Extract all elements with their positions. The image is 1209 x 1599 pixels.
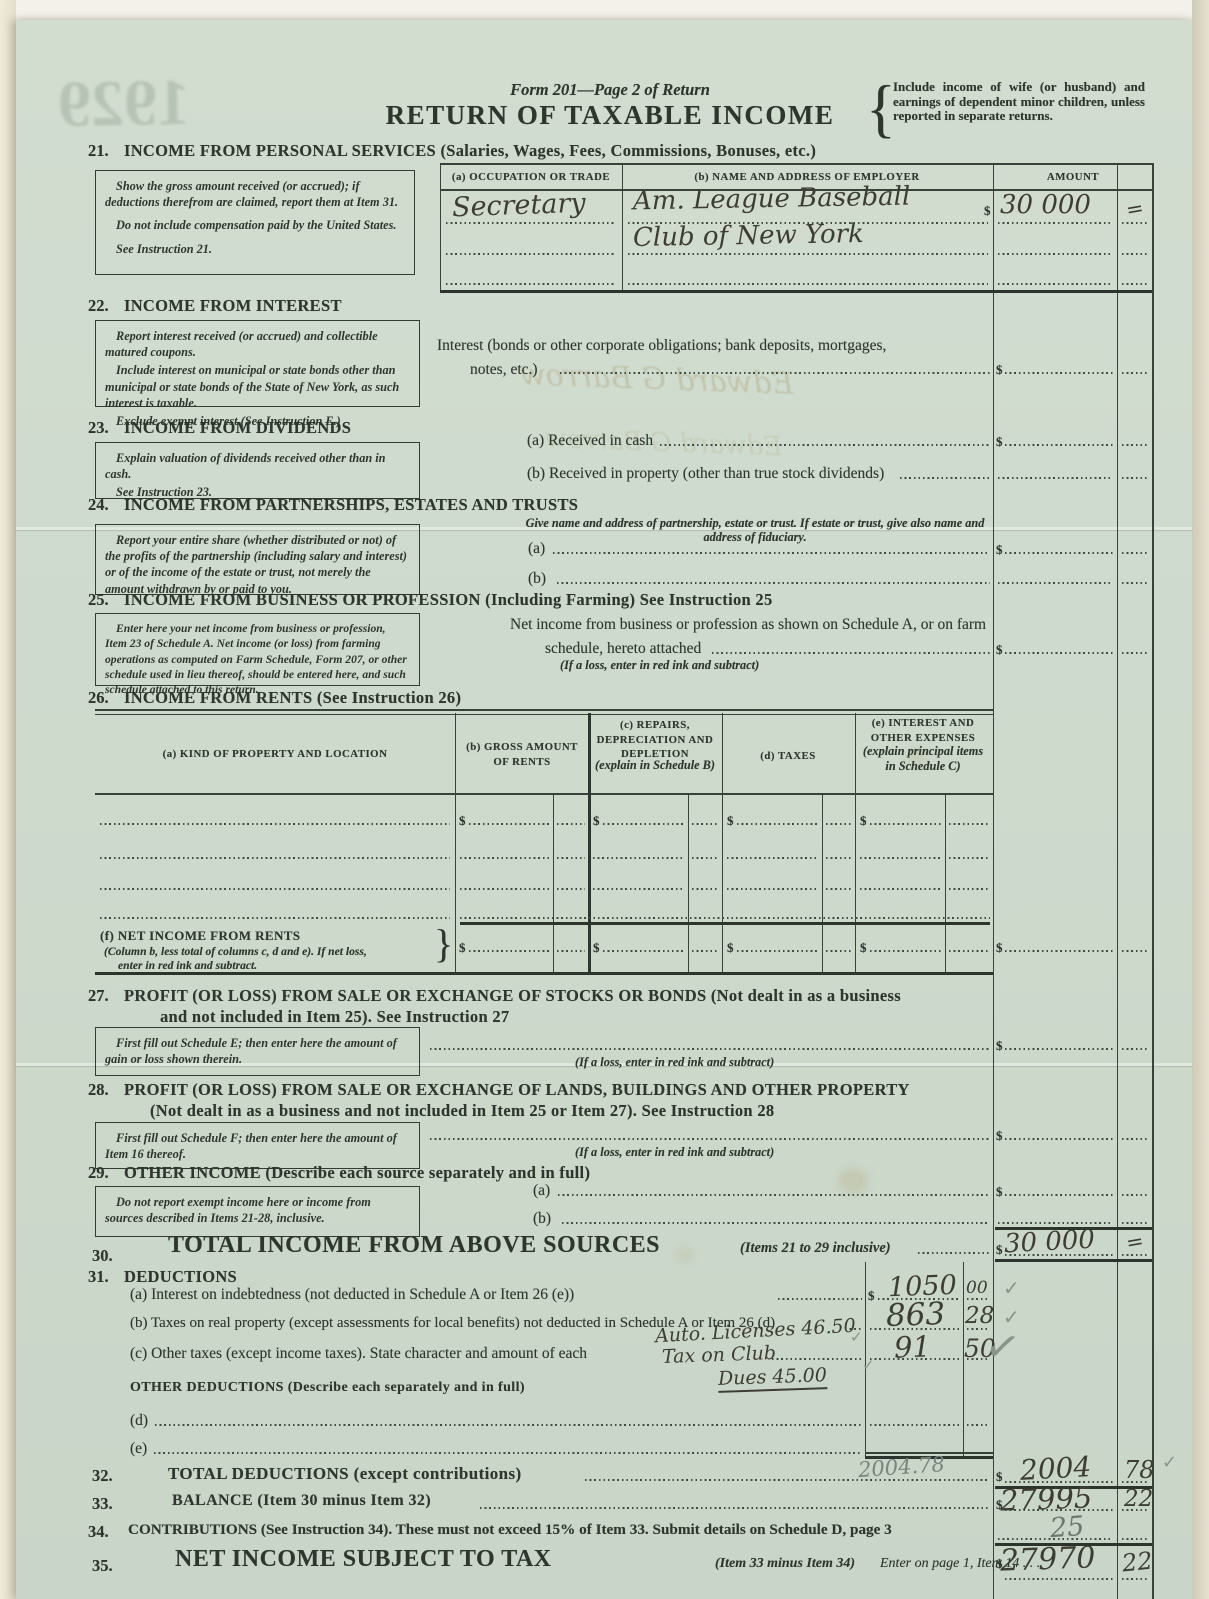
leader-dots (460, 917, 990, 919)
leader-dots (918, 1252, 990, 1254)
leader-dots (1122, 1048, 1149, 1050)
item-30-number: 30. (92, 1246, 113, 1266)
leader-dots (557, 950, 585, 952)
leader-dots (100, 888, 450, 890)
rents-header-bottom-rule (95, 793, 993, 795)
curly-brace-close-icon: } (434, 920, 453, 967)
item-28-heading1: PROFIT (OR LOSS) FROM SALE OR EXCHANGE O… (124, 1080, 910, 1100)
instruction-text: Report your entire share (whether distri… (105, 532, 410, 597)
deduction-e-label: (e) (130, 1440, 147, 1458)
item-22-number: 22. (88, 296, 109, 316)
leader-dots (692, 888, 719, 890)
instruction-text: First fill out Schedule E; then enter he… (105, 1035, 410, 1067)
item-35-number: 35. (92, 1556, 113, 1576)
dollar-sign: $ (996, 1242, 1003, 1258)
deduction-c-amount: 91 (893, 1329, 931, 1364)
column-header-occupation: (a) OCCUPATION OR TRADE (445, 171, 617, 183)
stain (838, 1168, 868, 1194)
rents-cents-rule-e (945, 793, 946, 973)
leader-dots (593, 857, 684, 859)
leader-dots (949, 950, 989, 952)
item-21-instruction-box: Show the gross amount received (or accru… (95, 170, 415, 275)
leader-dots (430, 1138, 990, 1140)
leader-dots (603, 823, 684, 825)
total-income-entry: 30 000 (1003, 1225, 1095, 1260)
leader-dots (1005, 652, 1113, 654)
leader-dots (100, 823, 450, 825)
leader-dots (1122, 552, 1149, 554)
rents-col-e-subheader: (explain principal items in Schedule C) (860, 744, 986, 774)
leader-dots (1122, 1194, 1149, 1196)
instruction-text: See Instruction 21. (105, 241, 405, 257)
leader-dots (628, 283, 988, 285)
column-header-employer: (b) NAME AND ADDRESS OF EMPLOYER (627, 171, 987, 183)
amount-column-cents-rule (1117, 163, 1118, 1599)
leader-dots (692, 823, 719, 825)
deduction-a-label: (a) Interest on indebtedness (not deduct… (130, 1286, 574, 1304)
rents-double-rule (95, 709, 993, 711)
leader-dots (1122, 444, 1149, 446)
leader-dots (1005, 1578, 1113, 1580)
dollar-sign: $ (868, 1288, 875, 1304)
item-23-instruction-box: Explain valuation of dividends received … (95, 442, 420, 499)
instruction-text: Do not include compensation paid by the … (105, 217, 405, 233)
leader-dots (557, 582, 990, 584)
table-divider-rule (622, 163, 623, 290)
instruction-text: First fill out Schedule F; then enter he… (105, 1130, 410, 1162)
rents-bottom-rule (95, 972, 993, 975)
leader-dots (1122, 1538, 1149, 1540)
checkmark-icon: ✓ (862, 1356, 875, 1374)
interest-line-text1: Interest (bonds or other corporate oblig… (437, 337, 886, 355)
rents-divider-cd (722, 713, 723, 973)
deduction-b-amount: 863 (885, 1296, 945, 1334)
form-number-line: Form 201—Page 2 of Return (420, 80, 800, 100)
checkmark-icon: ✓ (850, 1328, 863, 1346)
item-24-number: 24. (88, 495, 109, 515)
leader-dots (446, 283, 616, 285)
rents-col-d-header: (d) TAXES (728, 750, 848, 762)
dollar-sign: $ (996, 940, 1003, 956)
leader-dots (692, 857, 719, 859)
rents-col-c-subheader: (explain in Schedule B) (594, 758, 716, 773)
dollar-sign: $ (727, 813, 734, 829)
interest-line-text2: notes, etc.) (470, 361, 538, 379)
item-29-instruction-box: Do not report exempt income here or inco… (95, 1186, 420, 1237)
page-title: RETURN OF TAXABLE INCOME (330, 100, 890, 131)
item-30-label: TOTAL INCOME FROM ABOVE SOURCES (168, 1232, 660, 1259)
item-35-paren: (Item 33 minus Item 34) (715, 1556, 855, 1572)
leader-dots (870, 1424, 960, 1426)
item-33-label: BALANCE (Item 30 minus Item 32) (172, 1492, 431, 1510)
rents-total-rule (460, 922, 990, 925)
balance-cents: 22 (1124, 1486, 1153, 1512)
item-21-number: 21. (88, 141, 109, 161)
leader-dots (100, 917, 450, 919)
leader-dots (826, 888, 852, 890)
salary-amount-entry: 30 000 (1000, 190, 1091, 220)
item-34-label: CONTRIBUTIONS (See Instruction 34). Thes… (128, 1521, 892, 1539)
item-24-instruction-box: Report your entire share (whether distri… (95, 524, 420, 595)
leader-dots (778, 1298, 862, 1300)
rents-col-b-header: (b) GROSS AMOUNT OF RENTS (461, 740, 583, 769)
leader-dots (1122, 652, 1149, 654)
contributions-amount: 25 (1049, 1511, 1085, 1544)
dollar-sign: $ (996, 642, 1003, 658)
dollar-sign: $ (459, 940, 466, 956)
instruction-text: Include interest on municipal or state b… (105, 362, 410, 411)
scan-right-page-edge (1192, 0, 1209, 1599)
rents-divider-de (855, 713, 856, 973)
leader-dots (998, 253, 1113, 255)
deduction-d-label: (d) (130, 1412, 148, 1430)
other-income-a-label: (a) (533, 1182, 550, 1200)
leader-dots (998, 477, 1113, 479)
dividends-cash-label: (a) Received in cash (527, 432, 653, 450)
item-23-heading: INCOME FROM DIVIDENDS (124, 418, 351, 438)
dollar-sign: $ (996, 362, 1003, 378)
leader-dots (562, 1222, 990, 1224)
leader-dots (1122, 582, 1149, 584)
leader-dots (628, 253, 988, 255)
leader-dots (712, 652, 990, 654)
table-left-rule (440, 163, 441, 290)
rents-cents-rule-c (688, 793, 689, 973)
leader-dots (1122, 477, 1149, 479)
rents-divider-bc (588, 713, 591, 973)
deduction-c-note-dues: Dues 45.00 (718, 1364, 828, 1393)
leader-dots (998, 283, 1113, 285)
item-27-heading2: and not included in Item 25). See Instru… (160, 1007, 509, 1027)
instruction-text: Do not report exempt income here or inco… (105, 1194, 410, 1226)
leader-dots (469, 950, 549, 952)
checkmark-icon: ✓ (1162, 1452, 1177, 1473)
leader-dots (1005, 372, 1113, 374)
leader-dots (446, 253, 616, 255)
leader-dots (1122, 283, 1149, 285)
item-34-number: 34. (88, 1522, 109, 1542)
column-header-amount: AMOUNT (998, 171, 1148, 183)
curly-brace-icon: { (866, 72, 896, 147)
leader-dots (949, 857, 989, 859)
leader-dots (660, 444, 990, 446)
dollar-sign: $ (996, 1038, 1003, 1054)
leader-dots (553, 552, 990, 554)
leader-dots (1122, 950, 1149, 952)
partnership-a-label: (a) (528, 540, 545, 558)
leader-dots (692, 950, 719, 952)
checkmark-icon: ✓ (1003, 1276, 1020, 1300)
rents-double-rule (95, 714, 993, 716)
leader-dots (1122, 253, 1149, 255)
leader-dots (1005, 1194, 1113, 1196)
leader-dots (998, 1222, 1113, 1224)
header-side-note: Include income of wife (or husband) and … (893, 80, 1145, 124)
dollar-sign: $ (459, 813, 466, 829)
item-23-number: 23. (88, 418, 109, 438)
item-22-instruction-box: Report interest received (or accrued) an… (95, 320, 420, 407)
item-22-heading: INCOME FROM INTEREST (124, 296, 342, 316)
leader-dots (870, 950, 941, 952)
item-30-paren: (Items 21 to 29 inclusive) (740, 1240, 891, 1257)
leader-dots (727, 888, 818, 890)
dollar-sign: $ (860, 940, 867, 956)
leader-dots (100, 857, 450, 859)
rents-f-label: (f) NET INCOME FROM RENTS (100, 928, 300, 944)
leader-dots (603, 950, 684, 952)
bleedthrough-year: 1929 (57, 65, 190, 143)
leader-dots (727, 857, 818, 859)
leader-dots (870, 823, 941, 825)
leader-dots (155, 1424, 862, 1426)
leader-dots (1005, 1138, 1113, 1140)
instruction-text: Report interest received (or accrued) an… (105, 328, 410, 360)
item-28-instruction-box: First fill out Schedule F; then enter he… (95, 1122, 420, 1169)
leader-dots (826, 857, 852, 859)
stain (676, 1248, 694, 1262)
employer-entry-line1: Am. League Baseball (633, 182, 911, 217)
leader-dots (900, 477, 990, 479)
item-29-heading: OTHER INCOME (Describe each source separ… (124, 1163, 590, 1183)
item-26-number: 26. (88, 688, 109, 708)
partnership-subnote: Give name and address of partnership, es… (520, 516, 990, 544)
item-21-heading: INCOME FROM PERSONAL SERVICES (Salaries,… (124, 141, 816, 161)
leader-dots (593, 888, 684, 890)
leader-dots (558, 1194, 990, 1196)
loss-caption: (If a loss, enter in red ink and subtrac… (575, 1145, 774, 1160)
leader-dots (1005, 1048, 1113, 1050)
scan-left-page-edge (0, 0, 16, 1599)
leader-dots (1005, 552, 1113, 554)
item-25-instruction-box: Enter here your net income from business… (95, 613, 420, 686)
leader-dots (557, 823, 585, 825)
leader-dots (154, 1452, 862, 1454)
leader-dots (480, 1507, 990, 1509)
item-27-heading1: PROFIT (OR LOSS) FROM SALE OR EXCHANGE O… (124, 986, 901, 1006)
leader-dots (967, 1298, 990, 1300)
leader-dots (557, 888, 585, 890)
leader-dots (460, 888, 549, 890)
dollar-sign: $ (593, 813, 600, 829)
total-deductions-cents: 78 (1124, 1456, 1155, 1484)
leader-dots (557, 857, 585, 859)
item-27-instruction-box: First fill out Schedule E; then enter he… (95, 1027, 420, 1076)
leader-dots (1122, 1138, 1149, 1140)
leader-dots (860, 888, 941, 890)
item-32-number: 32. (92, 1466, 113, 1486)
dollar-sign: $ (860, 813, 867, 829)
employer-entry-line2: Club of New York (633, 219, 864, 253)
instruction-text: Show the gross amount received (or accru… (105, 178, 405, 210)
rents-f-sub1: (Column b, less total of columns c, d an… (104, 945, 367, 958)
item-31-heading: DEDUCTIONS (124, 1267, 237, 1287)
item-24-heading: INCOME FROM PARTNERSHIPS, ESTATES AND TR… (124, 495, 578, 515)
deduction-c-label: (c) Other taxes (except income taxes). S… (130, 1345, 587, 1363)
dividends-property-label: (b) Received in property (other than tru… (527, 465, 884, 483)
scanned-tax-form: { "glyph": {"dollar": "$", "check": "✓",… (0, 0, 1209, 1599)
rents-col-c-header: (c) REPAIRS, DEPRECIATION AND DEPLETION (594, 718, 716, 762)
rents-col-e-header: (e) INTEREST AND OTHER EXPENSES (860, 716, 986, 745)
leader-dots (1122, 372, 1149, 374)
instruction-text: Enter here your net income from business… (105, 621, 410, 697)
leader-dots (826, 950, 852, 952)
leader-dots (949, 823, 989, 825)
loss-caption: (If a loss, enter in red ink and subtrac… (575, 1055, 774, 1070)
rents-cents-rule-d (822, 793, 823, 973)
leader-dots (460, 857, 549, 859)
leader-dots (1122, 1578, 1149, 1580)
partnership-b-label: (b) (528, 570, 546, 588)
deduction-a-cents: 00 (966, 1278, 988, 1298)
rents-col-a-header: (a) KIND OF PROPERTY AND LOCATION (110, 748, 440, 760)
item-33-number: 33. (92, 1494, 113, 1514)
item-26-heading: INCOME FROM RENTS (See Instruction 26) (124, 688, 461, 708)
table-bottom-rule (440, 290, 1152, 293)
leader-dots (560, 372, 990, 374)
leader-dots (1005, 950, 1113, 952)
dollar-sign: $ (996, 1184, 1003, 1200)
item-35-label: NET INCOME SUBJECT TO TAX (175, 1546, 552, 1573)
leader-dots (737, 950, 818, 952)
rents-f-sub2: enter in red ink and subtract. (118, 959, 257, 972)
deduction-c-note-tax: Tax on Club (662, 1342, 777, 1368)
item-29-number: 29. (88, 1163, 109, 1183)
item-27-number: 27. (88, 986, 109, 1006)
instruction-text: Explain valuation of dividends received … (105, 450, 410, 482)
item-32-label: TOTAL DEDUCTIONS (except contributions) (168, 1464, 522, 1484)
leader-dots (1122, 1254, 1149, 1256)
leader-dots (469, 823, 549, 825)
leader-dots (998, 582, 1113, 584)
dollar-sign: $ (996, 1128, 1003, 1144)
item-28-number: 28. (88, 1080, 109, 1100)
dollar-sign: $ (996, 542, 1003, 558)
amount-column-right-rule (1152, 163, 1154, 1599)
leader-dots (737, 823, 818, 825)
item-25-number: 25. (88, 590, 109, 610)
leader-dots (1005, 444, 1113, 446)
leader-dots (949, 888, 989, 890)
rents-cents-rule-b (553, 793, 554, 973)
dollar-sign: $ (593, 940, 600, 956)
leader-dots (1122, 222, 1149, 224)
other-deductions-label: OTHER DEDUCTIONS (Describe each separate… (130, 1380, 525, 1396)
loss-caption: (If a loss, enter in red ink and subtrac… (560, 658, 759, 673)
amount-column-left-rule (993, 163, 994, 1599)
leader-dots (1122, 1222, 1149, 1224)
leader-dots (998, 222, 1113, 224)
other-income-b-label: (b) (533, 1210, 551, 1228)
leader-dots (967, 1424, 990, 1426)
leader-dots (826, 823, 852, 825)
scan-top-margin (0, 0, 1209, 20)
occupation-entry: Secretary (451, 188, 586, 224)
net-income-cents: 22 (1121, 1546, 1154, 1577)
leader-dots (585, 1479, 990, 1481)
leader-dots (430, 1048, 990, 1050)
dollar-sign: $ (984, 203, 991, 219)
dollar-sign: $ (727, 940, 734, 956)
dollar-sign: $ (996, 434, 1003, 450)
rents-divider-ab (455, 713, 456, 973)
item-28-heading2: (Not dealt in as a business and not incl… (150, 1101, 774, 1121)
leader-dots (860, 857, 941, 859)
item-31-number: 31. (88, 1267, 109, 1287)
net-income-amount: 27970 (999, 1540, 1096, 1578)
table-top-rule (440, 163, 1152, 165)
business-income-text1: Net income from business or profession a… (510, 616, 986, 634)
heavy-rule (995, 1259, 1152, 1262)
item-25-heading: INCOME FROM BUSINESS OR PROFESSION (Incl… (124, 590, 773, 610)
business-income-text2: schedule, hereto attached (545, 640, 701, 658)
leader-dots (772, 1358, 862, 1360)
